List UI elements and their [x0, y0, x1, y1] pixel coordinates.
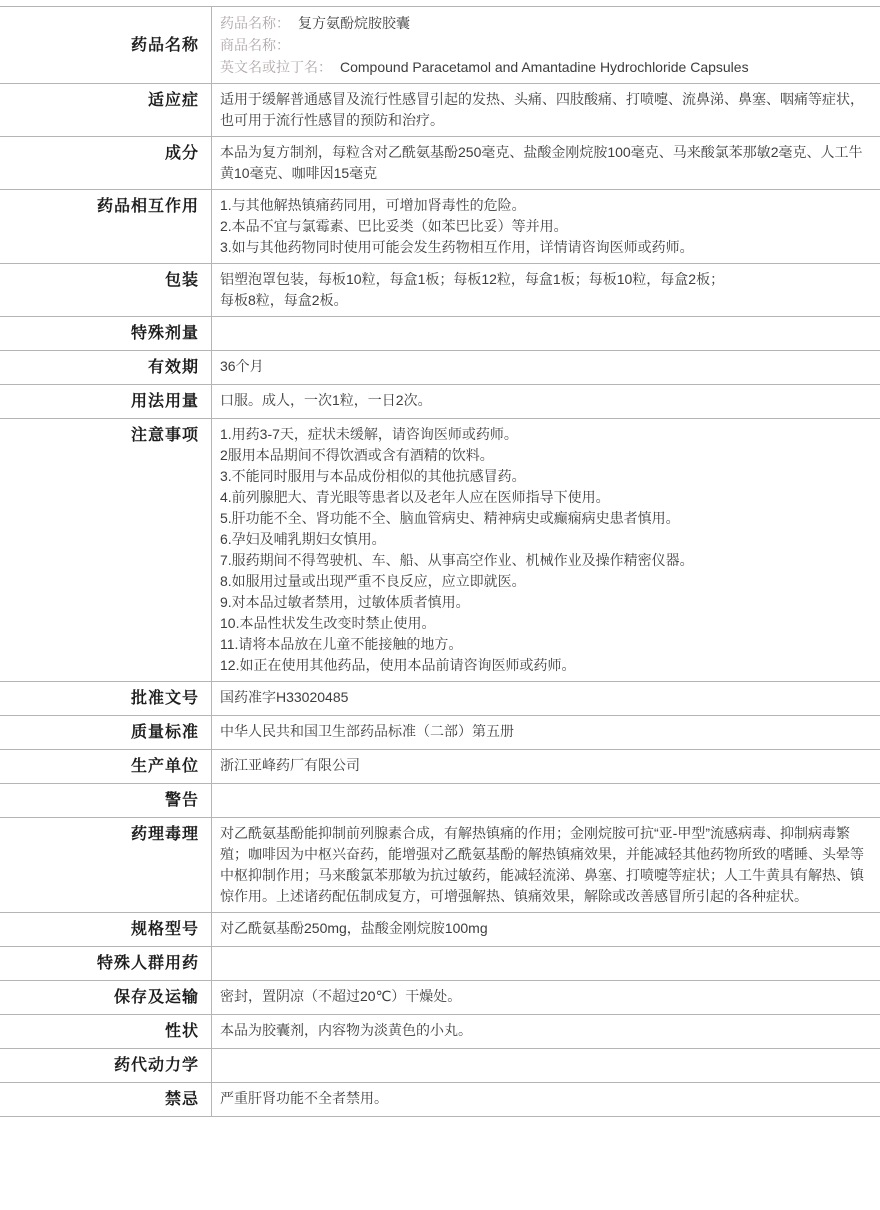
drug-info-rows: 药品名称药品名称：复方氨酚烷胺胶囊商品名称：英文名或拉丁名：Compound P… — [0, 7, 880, 1117]
drug-info-page: 药品名称药品名称：复方氨酚烷胺胶囊商品名称：英文名或拉丁名：Compound P… — [0, 0, 880, 1117]
row-content: 本品为复方制剂，每粒含对乙酰氨基酚250毫克、盐酸金刚烷胺100毫克、马来酸氯苯… — [212, 137, 880, 190]
row-content — [212, 947, 880, 981]
row-label: 成分 — [0, 137, 212, 190]
row-content: 国药准字H33020485 — [212, 682, 880, 716]
row-label: 有效期 — [0, 351, 212, 385]
table-row: 生产单位浙江亚峰药厂有限公司 — [0, 750, 880, 784]
name-field: 药品名称：复方氨酚烷胺胶囊 — [220, 12, 864, 34]
row-content: 本品为胶囊剂，内容物为淡黄色的小丸。 — [212, 1015, 880, 1049]
row-content — [212, 784, 880, 818]
table-row: 有效期36个月 — [0, 351, 880, 385]
field-value: 复方氨酚烷胺胶囊 — [298, 12, 410, 34]
table-row: 适应症适用于缓解普通感冒及流行性感冒引起的发热、头痛、四肢酸痛、打喷嚏、流鼻涕、… — [0, 84, 880, 137]
row-content: 密封，置阴凉（不超过20℃）干燥处。 — [212, 981, 880, 1015]
row-content: 浙江亚峰药厂有限公司 — [212, 750, 880, 784]
row-content: 严重肝肾功能不全者禁用。 — [212, 1083, 880, 1117]
row-content: 铝塑泡罩包装，每板10粒，每盒1板；每板12粒，每盒1板；每板10粒，每盒2板；… — [212, 264, 880, 317]
row-label: 性状 — [0, 1015, 212, 1049]
table-row: 质量标准中华人民共和国卫生部药品标准（二部）第五册 — [0, 716, 880, 750]
table-row: 注意事项1.用药3-7天，症状未缓解，请咨询医师或药师。 2服用本品期间不得饮酒… — [0, 419, 880, 682]
row-label: 特殊人群用药 — [0, 947, 212, 981]
field-key: 药品名称： — [220, 12, 290, 34]
field-value: Compound Paracetamol and Amantadine Hydr… — [340, 56, 749, 78]
row-content: 中华人民共和国卫生部药品标准（二部）第五册 — [212, 716, 880, 750]
table-row: 特殊剂量 — [0, 317, 880, 351]
table-row: 规格型号对乙酰氨基酚250mg，盐酸金刚烷胺100mg — [0, 913, 880, 947]
row-content — [212, 317, 880, 351]
table-row: 成分本品为复方制剂，每粒含对乙酰氨基酚250毫克、盐酸金刚烷胺100毫克、马来酸… — [0, 137, 880, 190]
row-label: 适应症 — [0, 84, 212, 137]
table-row: 特殊人群用药 — [0, 947, 880, 981]
row-label: 注意事项 — [0, 419, 212, 682]
row-label: 生产单位 — [0, 750, 212, 784]
field-key: 英文名或拉丁名： — [220, 56, 332, 78]
row-label: 警告 — [0, 784, 212, 818]
table-row: 警告 — [0, 784, 880, 818]
row-label: 保存及运输 — [0, 981, 212, 1015]
row-label: 批准文号 — [0, 682, 212, 716]
row-content: 1.与其他解热镇痛药同用，可增加肾毒性的危险。 2.本品不宜与氯霉素、巴比妥类（… — [212, 190, 880, 264]
row-label: 药品相互作用 — [0, 190, 212, 264]
row-label: 质量标准 — [0, 716, 212, 750]
row-content: 药品名称：复方氨酚烷胺胶囊商品名称：英文名或拉丁名：Compound Parac… — [212, 7, 880, 84]
row-content: 36个月 — [212, 351, 880, 385]
drug-info-table: 药品名称药品名称：复方氨酚烷胺胶囊商品名称：英文名或拉丁名：Compound P… — [0, 6, 880, 1117]
table-row: 药品名称药品名称：复方氨酚烷胺胶囊商品名称：英文名或拉丁名：Compound P… — [0, 7, 880, 84]
table-row: 药代动力学 — [0, 1049, 880, 1083]
row-content: 适用于缓解普通感冒及流行性感冒引起的发热、头痛、四肢酸痛、打喷嚏、流鼻涕、鼻塞、… — [212, 84, 880, 137]
row-content: 1.用药3-7天，症状未缓解，请咨询医师或药师。 2服用本品期间不得饮酒或含有酒… — [212, 419, 880, 682]
table-row: 用法用量口服。成人，一次1粒，一日2次。 — [0, 385, 880, 419]
table-row: 药品相互作用1.与其他解热镇痛药同用，可增加肾毒性的危险。 2.本品不宜与氯霉素… — [0, 190, 880, 264]
row-label: 禁忌 — [0, 1083, 212, 1117]
name-field: 商品名称： — [220, 34, 864, 56]
row-label: 药代动力学 — [0, 1049, 212, 1083]
row-label: 包装 — [0, 264, 212, 317]
table-row: 禁忌严重肝肾功能不全者禁用。 — [0, 1083, 880, 1117]
row-label: 药品名称 — [0, 7, 212, 84]
table-row: 保存及运输密封，置阴凉（不超过20℃）干燥处。 — [0, 981, 880, 1015]
row-label: 特殊剂量 — [0, 317, 212, 351]
table-row: 药理毒理对乙酰氨基酚能抑制前列腺素合成，有解热镇痛的作用；金刚烷胺可抗“亚-甲型… — [0, 818, 880, 913]
table-row: 性状本品为胶囊剂，内容物为淡黄色的小丸。 — [0, 1015, 880, 1049]
row-label: 药理毒理 — [0, 818, 212, 913]
table-row: 批准文号国药准字H33020485 — [0, 682, 880, 716]
name-field: 英文名或拉丁名：Compound Paracetamol and Amantad… — [220, 56, 864, 78]
row-label: 用法用量 — [0, 385, 212, 419]
field-key: 商品名称： — [220, 34, 290, 56]
row-content: 对乙酰氨基酚能抑制前列腺素合成，有解热镇痛的作用；金刚烷胺可抗“亚-甲型”流感病… — [212, 818, 880, 913]
row-content — [212, 1049, 880, 1083]
row-content: 对乙酰氨基酚250mg，盐酸金刚烷胺100mg — [212, 913, 880, 947]
row-content: 口服。成人，一次1粒，一日2次。 — [212, 385, 880, 419]
table-row: 包装铝塑泡罩包装，每板10粒，每盒1板；每板12粒，每盒1板；每板10粒，每盒2… — [0, 264, 880, 317]
row-label: 规格型号 — [0, 913, 212, 947]
